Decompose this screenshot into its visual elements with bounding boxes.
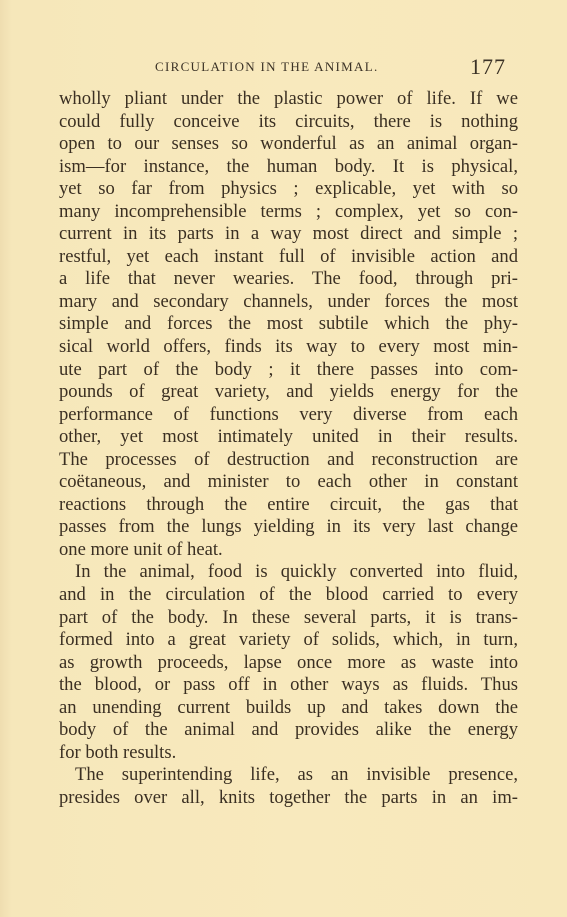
text-line: for both results.	[59, 742, 518, 765]
text-line: one more unit of heat.	[59, 539, 518, 562]
text-line: wholly pliant under the plastic power of…	[59, 88, 518, 111]
paragraph-2: In the animal, food is quickly converted…	[59, 561, 518, 764]
text-line: yet so far from physics ; explicable, ye…	[59, 178, 518, 201]
text-line: many incomprehensible terms ; complex, y…	[59, 201, 518, 224]
text-line: reactions through the entire circuit, th…	[59, 494, 518, 517]
text-line: The superintending life, as an invisible…	[59, 764, 518, 787]
text-line: body of the animal and provides alike th…	[59, 719, 518, 742]
running-title: CIRCULATION IN THE ANIMAL.	[155, 59, 379, 75]
text-line: pounds of great variety, and yields ener…	[59, 381, 518, 404]
text-line: open to our senses so wonderful as an an…	[59, 133, 518, 156]
body-text: wholly pliant under the plastic power of…	[59, 88, 518, 810]
book-page: CIRCULATION IN THE ANIMAL. 177 wholly pl…	[0, 0, 567, 917]
text-line: sical world offers, finds its way to eve…	[59, 336, 518, 359]
text-line: other, yet most intimately united in the…	[59, 426, 518, 449]
text-line: could fully conceive its circuits, there…	[59, 111, 518, 134]
text-line: In the animal, food is quickly converted…	[59, 561, 518, 584]
text-line: part of the body. In these several parts…	[59, 607, 518, 630]
paragraph-3: The superintending life, as an invisible…	[59, 764, 518, 809]
text-line: restful, yet each instant full of invisi…	[59, 246, 518, 269]
text-line: and in the circulation of the blood carr…	[59, 584, 518, 607]
text-line: passes from the lungs yielding in its ve…	[59, 516, 518, 539]
text-line: mary and secondary channels, under force…	[59, 291, 518, 314]
running-head: CIRCULATION IN THE ANIMAL. 177	[0, 56, 567, 80]
text-line: ism—for instance, the human body. It is …	[59, 156, 518, 179]
text-line: performance of functions very diverse fr…	[59, 404, 518, 427]
page-number: 177	[470, 54, 506, 80]
text-line: an unending current builds up and takes …	[59, 697, 518, 720]
text-line: The processes of destruction and reconst…	[59, 449, 518, 472]
text-line: coëtaneous, and minister to each other i…	[59, 471, 518, 494]
text-line: formed into a great variety of solids, w…	[59, 629, 518, 652]
text-line: ute part of the body ; it there passes i…	[59, 359, 518, 382]
paragraph-1: wholly pliant under the plastic power of…	[59, 88, 518, 561]
text-line: presides over all, knits together the pa…	[59, 787, 518, 810]
text-line: the blood, or pass off in other ways as …	[59, 674, 518, 697]
text-line: as growth proceeds, lapse once more as w…	[59, 652, 518, 675]
text-line: current in its parts in a way most direc…	[59, 223, 518, 246]
text-line: simple and forces the most subtile which…	[59, 313, 518, 336]
text-line: a life that never wearies. The food, thr…	[59, 268, 518, 291]
